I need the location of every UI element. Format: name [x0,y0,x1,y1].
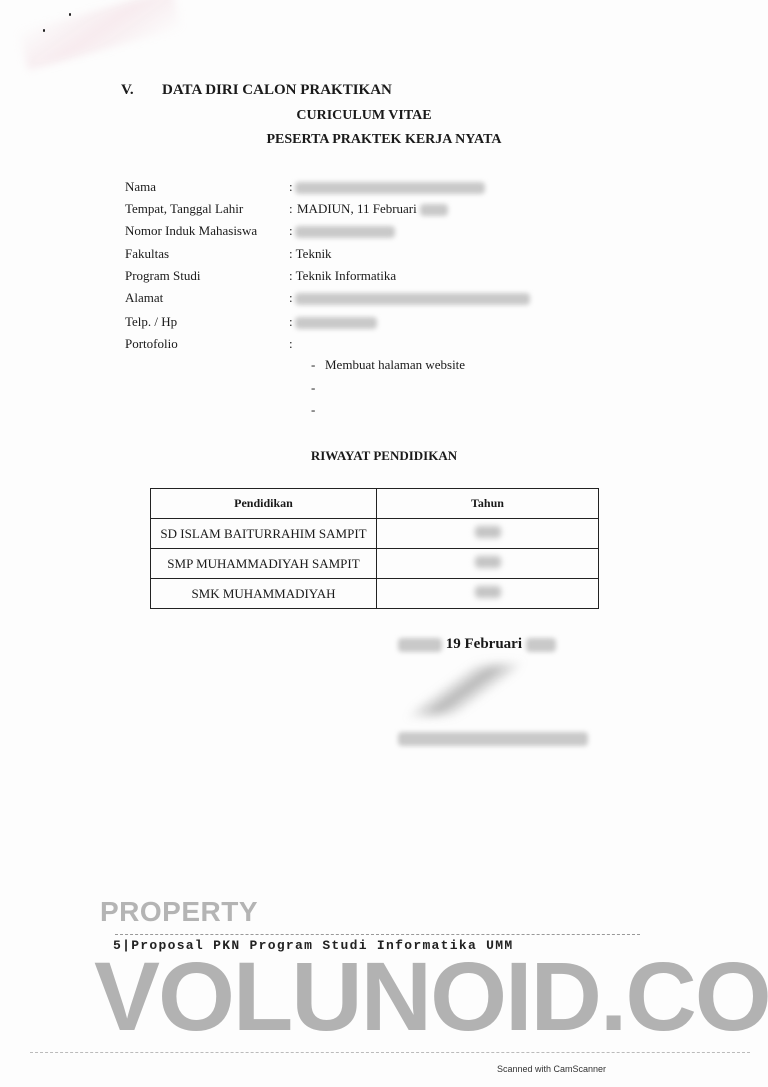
scan-smudge [18,0,183,70]
school-cell: SMP MUHAMMADIYAH SAMPIT [151,549,377,579]
scan-speck [69,13,71,16]
field-colon: : [289,178,293,196]
bullet-dash: - [311,402,325,418]
field-colon: : [289,313,293,331]
field-value: : Teknik [289,245,332,263]
cv-subtitle: PESERTA PRAKTEK KERJA NYATA [0,132,768,148]
field-value-redacted [295,289,530,307]
redacted-city [398,638,442,652]
signer-name-redacted [398,730,588,748]
signature-image-redacted [411,665,519,715]
field-label: Program Studi [125,267,200,285]
field-colon: : [289,200,293,218]
field-label: Nomor Induk Mahasiswa [125,222,257,240]
scan-speck [43,29,45,32]
education-table: Pendidikan Tahun SD ISLAM BAITURRAHIM SA… [150,488,599,609]
field-value-redacted [295,178,485,196]
signature-date: 19 Februari [398,636,556,653]
watermark-volunoid: VOLUNOID.COM [94,942,768,1052]
field-label: Nama [125,178,156,196]
table-row: SMK MUHAMMADIYAH [151,579,599,609]
field-colon: : [289,335,293,353]
education-title: RIWAYAT PENDIDIKAN [0,448,768,464]
field-value-redacted [295,313,377,331]
table-row: SMP MUHAMMADIYAH SAMPIT [151,549,599,579]
header-tahun: Tahun [377,489,599,519]
table-row: SD ISLAM BAITURRAHIM SAMPIT [151,519,599,549]
bullet-dash: - [311,357,325,373]
field-value: MADIUN, 11 Februari [297,200,448,218]
section-number: V. [121,82,134,99]
field-label: Alamat [125,289,163,307]
field-label: Telp. / Hp [125,313,177,331]
table-header-row: Pendidikan Tahun [151,489,599,519]
redacted-year [526,638,556,652]
portfolio-item: -Membuat halaman website [311,357,465,373]
school-cell: SD ISLAM BAITURRAHIM SAMPIT [151,519,377,549]
portfolio-item: - [311,402,325,418]
year-cell-redacted [377,519,599,549]
field-label: Tempat, Tanggal Lahir [125,200,243,218]
field-value: : Teknik Informatika [289,267,396,285]
section-title: DATA DIRI CALON PRAKTIKAN [162,82,392,99]
field-label: Portofolio [125,335,178,353]
watermark-property: PROPERTY [100,896,258,928]
portfolio-item: - [311,380,325,396]
field-value-redacted [295,222,395,240]
year-cell-redacted [377,549,599,579]
page-edge-line [30,1052,750,1053]
cv-title: CURICULUM VITAE [0,108,748,124]
scanner-label: Scanned with CamScanner [497,1064,606,1074]
year-cell-redacted [377,579,599,609]
field-colon: : [289,222,293,240]
footer-divider [115,934,640,935]
school-cell: SMK MUHAMMADIYAH [151,579,377,609]
field-colon: : [289,289,293,307]
header-pendidikan: Pendidikan [151,489,377,519]
bullet-dash: - [311,380,325,396]
field-label: Fakultas [125,245,169,263]
